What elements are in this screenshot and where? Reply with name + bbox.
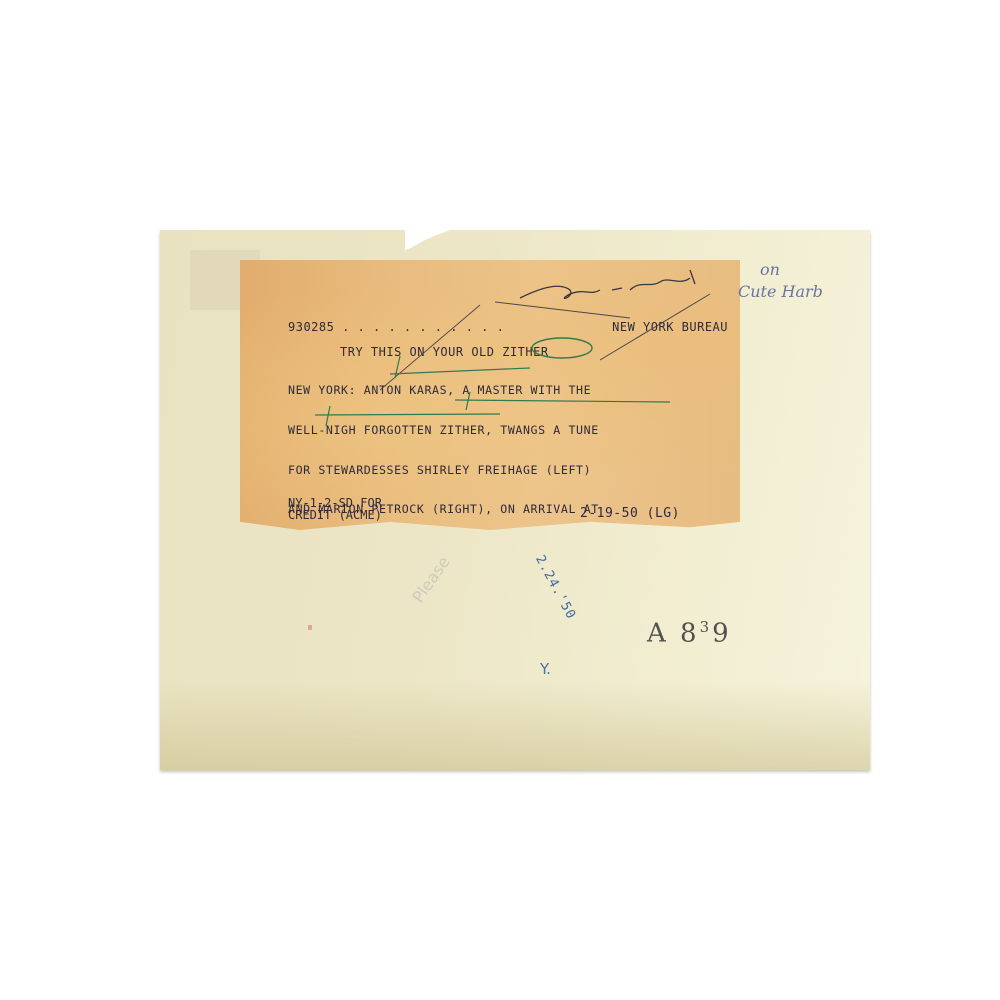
body-line: MR. KARAS COMPOSED AND PLAYED THE BACKGR… — [288, 582, 728, 595]
handwritten-note-line-2: Cute Harb — [738, 282, 823, 301]
torn-corner — [405, 228, 455, 250]
faint-stamp: Please — [408, 553, 453, 606]
body-line: FOR STEWARDESSES SHIRLEY FREIHAGE (LEFT) — [288, 464, 728, 477]
dot-leader: . . . . . . . . . . . — [342, 320, 504, 334]
red-speck — [308, 625, 312, 630]
handwritten-scrawl — [520, 270, 695, 298]
catalog-suffix: 9 — [712, 619, 732, 649]
caption-date: 2-19-50 (LG) — [580, 506, 680, 521]
caption-clipping: 930285 . . . . . . . . . . . NEW YORK BU… — [240, 260, 740, 530]
body-line: IN VIENNA. THE PRODUCER AND DIRECTOR OF — [288, 662, 728, 675]
photo-back-paper: 930285 . . . . . . . . . . . NEW YORK BU… — [160, 230, 870, 770]
handwritten-note-line-1: on — [760, 260, 780, 279]
caption-id-line: 930285 . . . . . . . . . . . — [288, 320, 504, 334]
credit-line: NY-1-2-SD FOR CREDIT (ACME) — [288, 497, 382, 521]
stamp-mark: Y. — [540, 660, 551, 678]
body-line: NEW YORK: ANTON KARAS, A MASTER WITH THE — [288, 384, 728, 397]
catalog-prefix: A — [647, 619, 669, 649]
body-line: NEW YORK INTERNATIONAL AIRPORT, FEB. 19. — [288, 543, 728, 556]
paper-shading — [160, 680, 870, 770]
credit-line-2: CREDIT (ACME) — [288, 508, 382, 522]
bureau-label: NEW YORK BUREAU — [612, 320, 728, 334]
pencil-line — [495, 302, 630, 318]
received-date-stamp: 2.24.'50 — [532, 553, 578, 622]
body-line: WELL-NIGH FORGOTTEN ZITHER, TWANGS A TUN… — [288, 424, 728, 437]
catalog-number: A 839 — [647, 618, 732, 649]
catalog-digit: 8 — [680, 619, 700, 649]
caption-headline: TRY THIS ON YOUR OLD ZITHER — [340, 345, 549, 359]
body-line: SOME PERSONAL APPEARANCES IN NEW YORK. — [288, 780, 728, 793]
catalog-sup: 3 — [700, 618, 713, 636]
caption-id: 930285 — [288, 320, 334, 334]
